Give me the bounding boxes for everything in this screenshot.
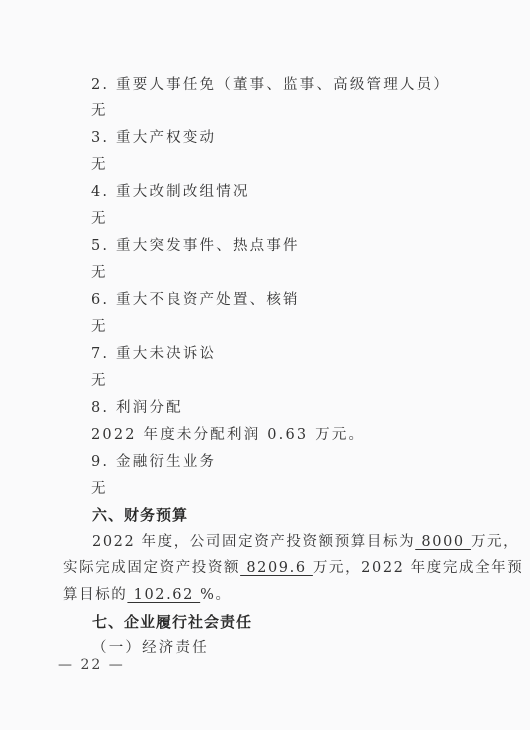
item-content-4: 无	[91, 209, 108, 229]
text: 万元，2022 年度完成全年预	[313, 560, 524, 576]
text: 算目标的	[63, 587, 127, 603]
item-content-3: 无	[91, 155, 108, 175]
item-content-5: 无	[91, 263, 108, 283]
item-heading-8: 8. 利润分配	[91, 398, 183, 418]
section-6-title: 六、财务预算	[92, 505, 188, 525]
item-content-2: 无	[91, 101, 108, 121]
page-number: — 22 —	[58, 657, 125, 673]
item-content-8: 2022 年度未分配利润 0.63 万元。	[91, 425, 365, 445]
text: 2022 年度，公司固定资产投资额预算目标为	[92, 534, 415, 550]
item-heading-6: 6. 重大不良资产处置、核销	[91, 290, 300, 310]
section-7-title: 七、企业履行社会责任	[92, 612, 252, 632]
actual-investment-value: 8209.6	[240, 560, 313, 576]
section-7-subsection-1: （一）经济责任	[92, 638, 209, 658]
budget-target-value: 8000	[415, 534, 471, 550]
section-6-paragraph-line-3: 算目标的 102.62 %。	[63, 585, 232, 605]
text: 万元，	[471, 534, 519, 550]
item-heading-5: 5. 重大突发事件、热点事件	[91, 236, 300, 256]
item-content-9: 无	[91, 479, 108, 499]
item-heading-4: 4. 重大改制改组情况	[91, 182, 250, 202]
section-6-paragraph-line-1: 2022 年度，公司固定资产投资额预算目标为 8000 万元，	[92, 532, 519, 552]
text: %。	[200, 587, 231, 603]
section-6-paragraph-line-2: 实际完成固定资产投资额 8209.6 万元，2022 年度完成全年预	[63, 558, 523, 578]
item-content-6: 无	[91, 317, 108, 337]
text: 实际完成固定资产投资额	[63, 560, 240, 576]
item-content-7: 无	[91, 371, 108, 391]
item-heading-7: 7. 重大未决诉讼	[91, 344, 216, 364]
completion-rate-value: 102.62	[127, 587, 200, 603]
item-heading-2: 2. 重要人事任免（董事、监事、高级管理人员）	[91, 75, 450, 95]
item-heading-9: 9. 金融衍生业务	[91, 452, 216, 472]
item-heading-3: 3. 重大产权变动	[91, 128, 216, 148]
